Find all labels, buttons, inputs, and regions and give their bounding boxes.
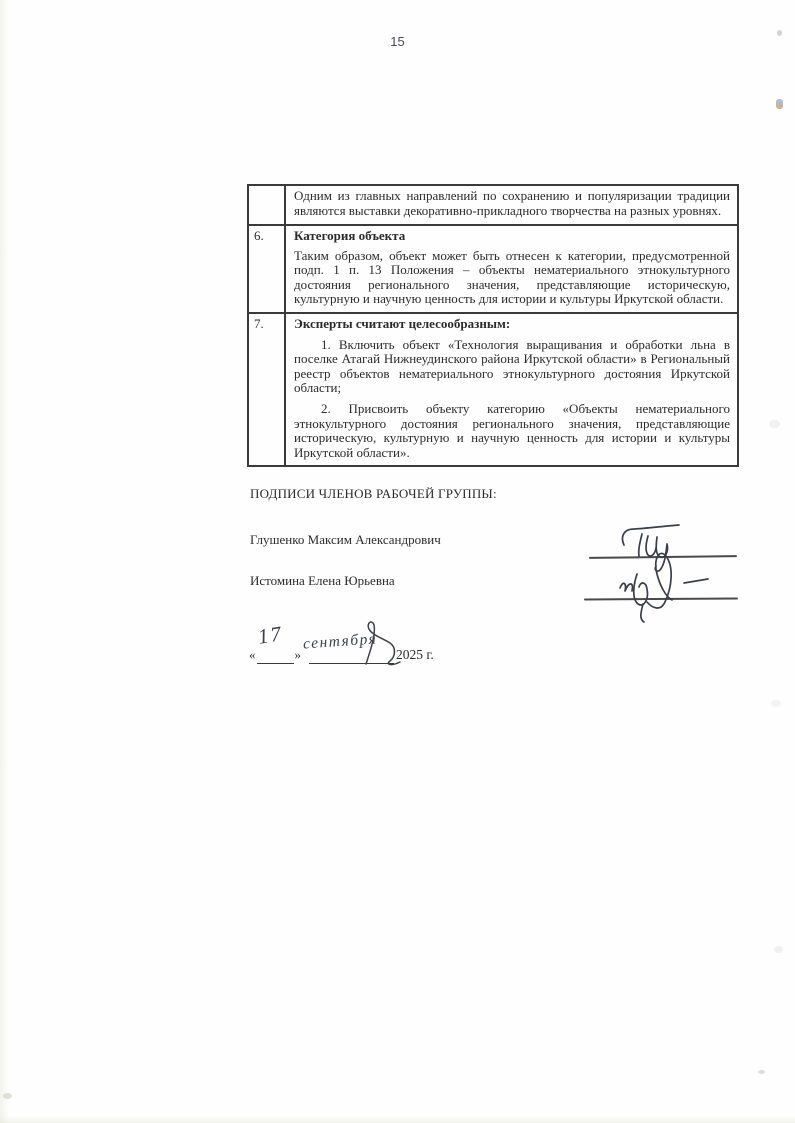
row-number-cell [249,186,286,224]
month-blank [309,647,394,664]
expert-conclusion-table: Одним из главных направлений по сохранен… [247,184,739,467]
paragraph: 1. Включить объект «Технология выращиван… [294,338,730,396]
member-name-istomina: Истомина Елена Юрьевна [250,573,395,589]
signature-line-2 [584,597,738,600]
year-text: 2025 г. [396,647,434,664]
row-heading: Эксперты считают целесообразным: [294,317,730,332]
member-name-glushenko: Глушенко Максим Александрович [250,532,441,548]
scan-smudge [774,946,783,953]
row-content-cell: Эксперты считают целесообразным: 1. Вклю… [286,314,737,465]
scan-speck [3,1093,12,1099]
table-row: 6. Категория объекта Таким образом, объе… [249,224,737,312]
scan-smudge [771,700,781,707]
signatures-title: ПОДПИСИ ЧЛЕНОВ РАБОЧЕЙ ГРУППЫ: [250,486,497,502]
signature-istomina [620,583,632,591]
scan-edge-left [0,0,9,1123]
handwritten-signatures [580,512,750,627]
row-heading: Категория объекта [294,229,730,244]
scan-speck [776,99,783,109]
row-number-cell: 6. [249,226,286,312]
paragraph: Таким образом, объект может быть отнесен… [294,249,730,307]
paragraph: Одним из главных направлений по сохранен… [294,189,730,218]
scan-smudge [769,420,780,428]
signature-line-1 [589,555,737,559]
scan-edge-bottom [0,1116,795,1123]
close-quote: » [295,647,302,664]
row-number-cell: 7. [249,314,286,465]
page-number: 15 [0,34,795,49]
date-line: «»2025 г. [249,640,434,664]
open-quote: « [249,647,256,664]
table-row: 7. Эксперты считают целесообразным: 1. В… [249,312,737,465]
document-page: 15 Одним из главных направлений по сохра… [0,0,795,1123]
row-content-cell: Категория объекта Таким образом, объект … [286,226,737,312]
row-content-cell: Одним из главных направлений по сохранен… [286,186,737,224]
day-blank [257,647,294,664]
scan-speck [758,1070,765,1074]
table-row: Одним из главных направлений по сохранен… [249,186,737,224]
paragraph: 2. Присвоить объекту категорию «Объекты … [294,402,730,460]
signature-glushenko [622,525,679,545]
